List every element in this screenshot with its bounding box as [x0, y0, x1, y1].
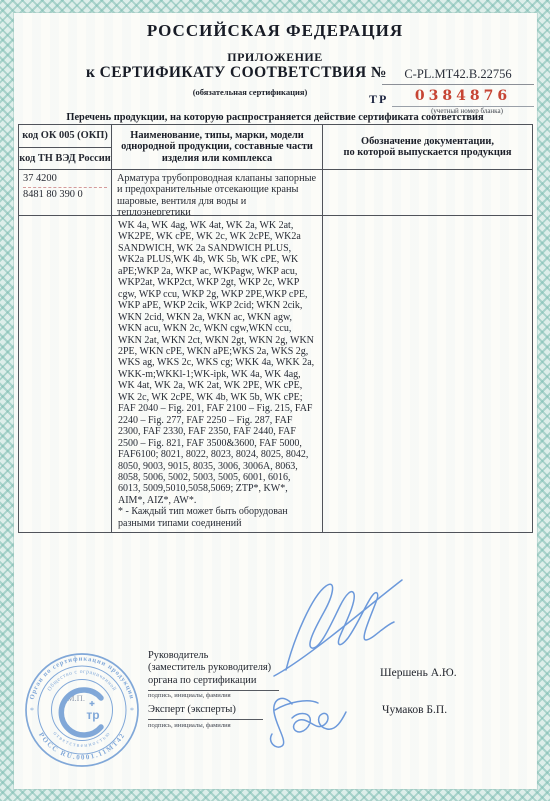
expert-name: Чумаков Б.П.	[382, 704, 447, 716]
table-row2-codes-empty	[19, 216, 112, 532]
stamp-star-right: *	[130, 706, 134, 715]
signature-stroke	[271, 698, 292, 747]
model-list: WK 4a, WK 4ag, WK 4at, WK 2a, WK 2at, WK…	[118, 220, 316, 506]
blank-number: 0384876	[392, 88, 534, 107]
table-row1-docs-empty	[323, 170, 532, 216]
product-table: код ОК 005 (ОКП) код ТН ВЭД России Наиме…	[18, 124, 533, 533]
head-signature-ink	[268, 578, 408, 678]
expert-signature-caption: подпись, инициалы, фамилия	[148, 722, 231, 729]
signature-stroke	[275, 701, 318, 710]
table-row2-docs-empty	[323, 216, 532, 532]
certificate-page: РОССИЙСКАЯ ФЕДЕРАЦИЯ ПРИЛОЖЕНИЕ к СЕРТИФ…	[0, 0, 550, 801]
head-of-body-label: Руководитель (заместитель руководителя) …	[148, 650, 279, 691]
table-row1-description: Арматура трубопроводная клапаны запорные…	[112, 170, 323, 216]
signature-loops	[292, 712, 346, 732]
table-row1-codes: 37 4200 8481 80 390 0	[19, 170, 112, 216]
table-header-name: Наименование, типы, марки, модели одноро…	[112, 125, 323, 170]
head-signature-caption: подпись, инициалы, фамилия	[148, 692, 231, 699]
table-row2-models: WK 4a, WK 4ag, WK 4at, WK 2a, WK 2at, WK…	[112, 216, 323, 532]
certificate-line: к СЕРТИФИКАТУ СООТВЕТСТВИЯ №	[86, 64, 387, 82]
expert-signature-ink	[262, 690, 354, 750]
tr-label: ТР	[369, 92, 388, 107]
tr-mark-letters: тр	[86, 708, 99, 722]
expert-label: Эксперт (эксперты)	[148, 704, 263, 720]
table-header-codes: код ОК 005 (ОКП) код ТН ВЭД России	[19, 125, 112, 170]
signature-stroke	[274, 580, 402, 676]
stamp-star-left: *	[30, 706, 34, 715]
certification-stamp: Орган по сертификации продукции РОСС RU.…	[20, 648, 144, 772]
appendix-subtitle: ПРИЛОЖЕНИЕ	[0, 50, 550, 65]
product-list-heading: Перечень продукции, на которую распростр…	[0, 112, 550, 123]
table-header-docs: Обозначение документации, по которой вып…	[323, 125, 532, 170]
code-tnved-value: 8481 80 390 0	[23, 189, 107, 201]
certificate-number: C-PL.MT42.B.22756	[382, 67, 534, 85]
header-code-tnved: код ТН ВЭД России	[19, 148, 111, 170]
header-code-okp: код ОК 005 (ОКП)	[19, 125, 111, 148]
model-footnote: * - Каждый тип может быть оборудован раз…	[118, 506, 316, 529]
mandatory-certification-note: (обязательная сертификация)	[90, 87, 410, 97]
country-title: РОССИЙСКАЯ ФЕДЕРАЦИЯ	[0, 21, 550, 41]
tr-mark-flame-icon	[90, 701, 95, 706]
code-okp-value: 37 4200	[23, 173, 107, 188]
